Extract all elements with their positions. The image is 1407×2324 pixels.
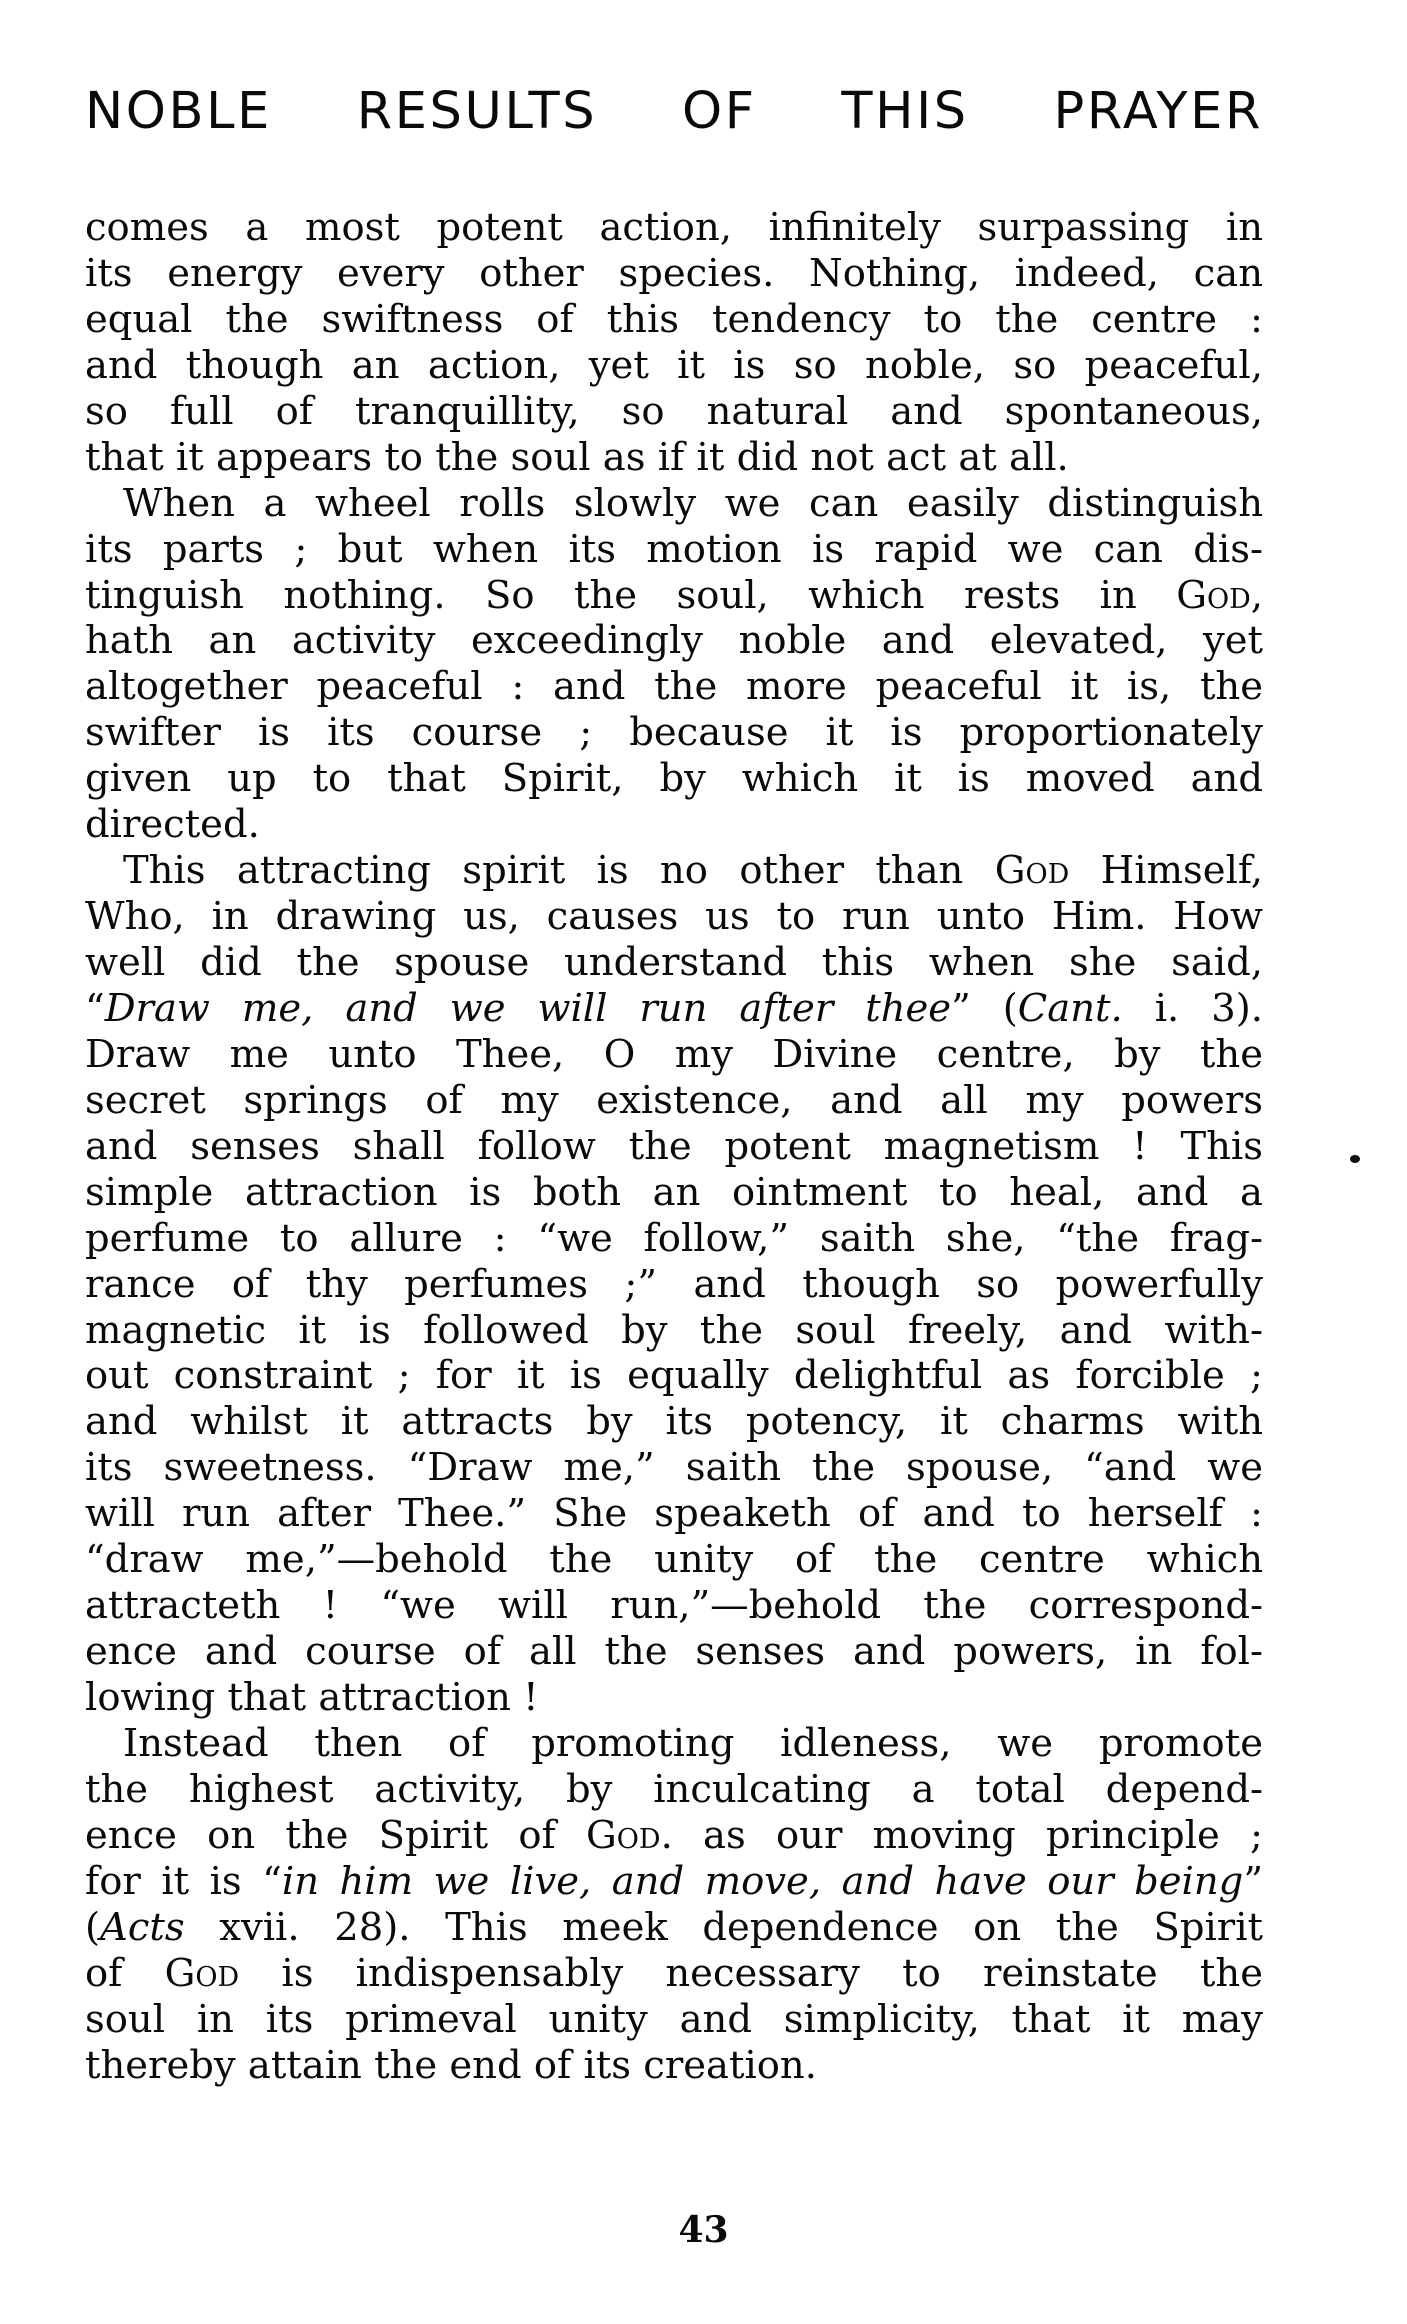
text-line: that it appears to the soul as if it did…	[85, 435, 1263, 481]
body-text: comes a most potent action, infinitely s…	[85, 205, 1263, 2088]
text-run: swifter is its course ; because it is pr…	[85, 710, 1263, 755]
text-run: xvii. 28). This meek dependence on the S…	[185, 1905, 1263, 1950]
text-run: given up to that Spirit, by which it is …	[85, 756, 1263, 801]
text-run: perfume to allure : “we follow,” saith s…	[85, 1216, 1263, 1261]
text-line: rance of thy perfumes ;” and though so p…	[85, 1262, 1263, 1308]
italic-text: in him we live, and move, and have our b…	[282, 1859, 1243, 1904]
text-run: its sweetness. “Draw me,” saith the spou…	[85, 1445, 1263, 1490]
text-run: (	[85, 1905, 100, 1950]
page-number: 43	[0, 2208, 1407, 2252]
text-line: equal the swiftness of this tendency to …	[85, 297, 1263, 343]
text-run: i. 3).	[1123, 986, 1263, 1031]
running-head: NOBLE RESULTS OF THIS PRAYER	[85, 82, 1263, 142]
text-run: rance of thy perfumes ;” and though so p…	[85, 1262, 1263, 1307]
text-line: perfume to allure : “we follow,” saith s…	[85, 1216, 1263, 1262]
text-run: ence and course of all the senses and po…	[85, 1629, 1263, 1674]
text-run: the highest activity, by inculcating a t…	[85, 1767, 1263, 1812]
text-line: and senses shall follow the potent magne…	[85, 1124, 1263, 1170]
text-run: its energy every other species. Nothing,…	[85, 251, 1263, 296]
text-run: When a wheel rolls slowly we can easily …	[123, 481, 1263, 526]
text-run: equal the swiftness of this tendency to …	[85, 297, 1263, 342]
text-run: directed.	[85, 802, 260, 847]
text-run: that it appears to the soul as if it did…	[85, 435, 1069, 480]
text-line: and though an action, yet it is so noble…	[85, 343, 1263, 389]
text-run: of	[85, 1951, 165, 1996]
text-run: Draw me unto Thee, O my Divine centre, b…	[85, 1032, 1263, 1077]
text-line: its energy every other species. Nothing,…	[85, 251, 1263, 297]
text-line: well did the spouse understand this when…	[85, 940, 1263, 986]
paragraph: comes a most potent action, infinitely s…	[85, 205, 1263, 481]
small-caps-text: God	[165, 1951, 240, 1996]
text-run: This attracting spirit is no other than	[123, 848, 995, 893]
text-run: hath an activity exceedingly noble and e…	[85, 618, 1263, 663]
small-caps-text: God	[995, 848, 1070, 893]
text-line: swifter is its course ; because it is pr…	[85, 710, 1263, 756]
text-line: lowing that attraction !	[85, 1675, 1263, 1721]
paragraph: This attracting spirit is no other than …	[85, 848, 1263, 1721]
text-run: magnetic it is followed by the soul free…	[85, 1308, 1263, 1353]
text-line: its sweetness. “Draw me,” saith the spou…	[85, 1445, 1263, 1491]
text-line: Instead then of promoting idleness, we p…	[85, 1721, 1263, 1767]
text-line: of God is indispensably necessary to rei…	[85, 1951, 1263, 1997]
text-line: will run after Thee.” She speaketh of an…	[85, 1491, 1263, 1537]
text-line: (Acts xvii. 28). This meek dependence on…	[85, 1905, 1263, 1951]
text-line: This attracting spirit is no other than …	[85, 848, 1263, 894]
text-line: “Draw me, and we will run after thee” (C…	[85, 986, 1263, 1032]
text-run: is indispensably necessary to reinstate …	[239, 1951, 1263, 1996]
text-line: given up to that Spirit, by which it is …	[85, 756, 1263, 802]
small-caps-text: God	[586, 1813, 661, 1858]
text-run: will run after Thee.” She speaketh of an…	[85, 1491, 1263, 1536]
small-caps-text: God	[1176, 573, 1251, 618]
text-run: tinguish nothing. So the soul, which res…	[85, 573, 1176, 618]
text-run: lowing that attraction !	[85, 1675, 539, 1720]
text-line: hath an activity exceedingly noble and e…	[85, 618, 1263, 664]
text-run: thereby attain the end of its creation.	[85, 2043, 817, 2088]
text-run: its parts ; but when its motion is rapid…	[85, 527, 1263, 572]
text-run: so full of tranquillity, so natural and …	[85, 389, 1263, 434]
text-run: and whilst it attracts by its potency, i…	[85, 1399, 1263, 1444]
text-run: for it is “	[85, 1859, 282, 1904]
text-line: ence on the Spirit of God. as our moving…	[85, 1813, 1263, 1859]
text-line: its parts ; but when its motion is rapid…	[85, 527, 1263, 573]
text-run: attracteth ! “we will run,”—behold the c…	[85, 1583, 1263, 1628]
text-run: comes a most potent action, infinitely s…	[85, 205, 1263, 250]
text-run: ,	[1251, 573, 1263, 618]
text-run: “draw me,”—behold the unity of the centr…	[85, 1537, 1263, 1582]
text-run: ence on the Spirit of	[85, 1813, 586, 1858]
text-line: comes a most potent action, infinitely s…	[85, 205, 1263, 251]
paragraph: When a wheel rolls slowly we can easily …	[85, 481, 1263, 849]
text-line: directed.	[85, 802, 1263, 848]
text-run: secret springs of my existence, and all …	[85, 1078, 1263, 1123]
text-line: magnetic it is followed by the soul free…	[85, 1308, 1263, 1354]
text-line: soul in its primeval unity and simplicit…	[85, 1997, 1263, 2043]
text-run: “	[85, 986, 105, 1031]
text-run: out constraint ; for it is equally delig…	[85, 1353, 1263, 1398]
text-line: When a wheel rolls slowly we can easily …	[85, 481, 1263, 527]
italic-text: Cant.	[1018, 986, 1123, 1031]
text-run: Himself,	[1069, 848, 1263, 893]
text-line: so full of tranquillity, so natural and …	[85, 389, 1263, 435]
book-page: NOBLE RESULTS OF THIS PRAYER comes a mos…	[0, 0, 1407, 2324]
text-line: ence and course of all the senses and po…	[85, 1629, 1263, 1675]
text-line: out constraint ; for it is equally delig…	[85, 1353, 1263, 1399]
text-run: and senses shall follow the potent magne…	[85, 1124, 1263, 1169]
text-line: secret springs of my existence, and all …	[85, 1078, 1263, 1124]
text-run: ” (	[951, 986, 1018, 1031]
text-line: for it is “in him we live, and move, and…	[85, 1859, 1263, 1905]
text-run: soul in its primeval unity and simplicit…	[85, 1997, 1263, 2042]
text-run: simple attraction is both an ointment to…	[85, 1170, 1263, 1215]
text-line: Draw me unto Thee, O my Divine centre, b…	[85, 1032, 1263, 1078]
italic-text: Acts	[100, 1905, 185, 1950]
text-run: . as our moving principle ;	[661, 1813, 1263, 1858]
text-line: thereby attain the end of its creation.	[85, 2043, 1263, 2089]
text-line: the highest activity, by inculcating a t…	[85, 1767, 1263, 1813]
text-run: Instead then of promoting idleness, we p…	[123, 1721, 1263, 1766]
text-run: ”	[1243, 1859, 1263, 1904]
text-line: tinguish nothing. So the soul, which res…	[85, 573, 1263, 619]
text-run: Who, in drawing us, causes us to run unt…	[85, 894, 1263, 939]
print-speck	[1350, 1155, 1360, 1163]
text-line: altogether peaceful : and the more peace…	[85, 664, 1263, 710]
text-run: and though an action, yet it is so noble…	[85, 343, 1263, 388]
text-line: Who, in drawing us, causes us to run unt…	[85, 894, 1263, 940]
text-run: well did the spouse understand this when…	[85, 940, 1263, 985]
text-line: simple attraction is both an ointment to…	[85, 1170, 1263, 1216]
italic-text: Draw me, and we will run after thee	[105, 986, 951, 1031]
paragraph: Instead then of promoting idleness, we p…	[85, 1721, 1263, 2089]
text-line: and whilst it attracts by its potency, i…	[85, 1399, 1263, 1445]
text-line: “draw me,”—behold the unity of the centr…	[85, 1537, 1263, 1583]
text-line: attracteth ! “we will run,”—behold the c…	[85, 1583, 1263, 1629]
text-run: altogether peaceful : and the more peace…	[85, 664, 1263, 709]
